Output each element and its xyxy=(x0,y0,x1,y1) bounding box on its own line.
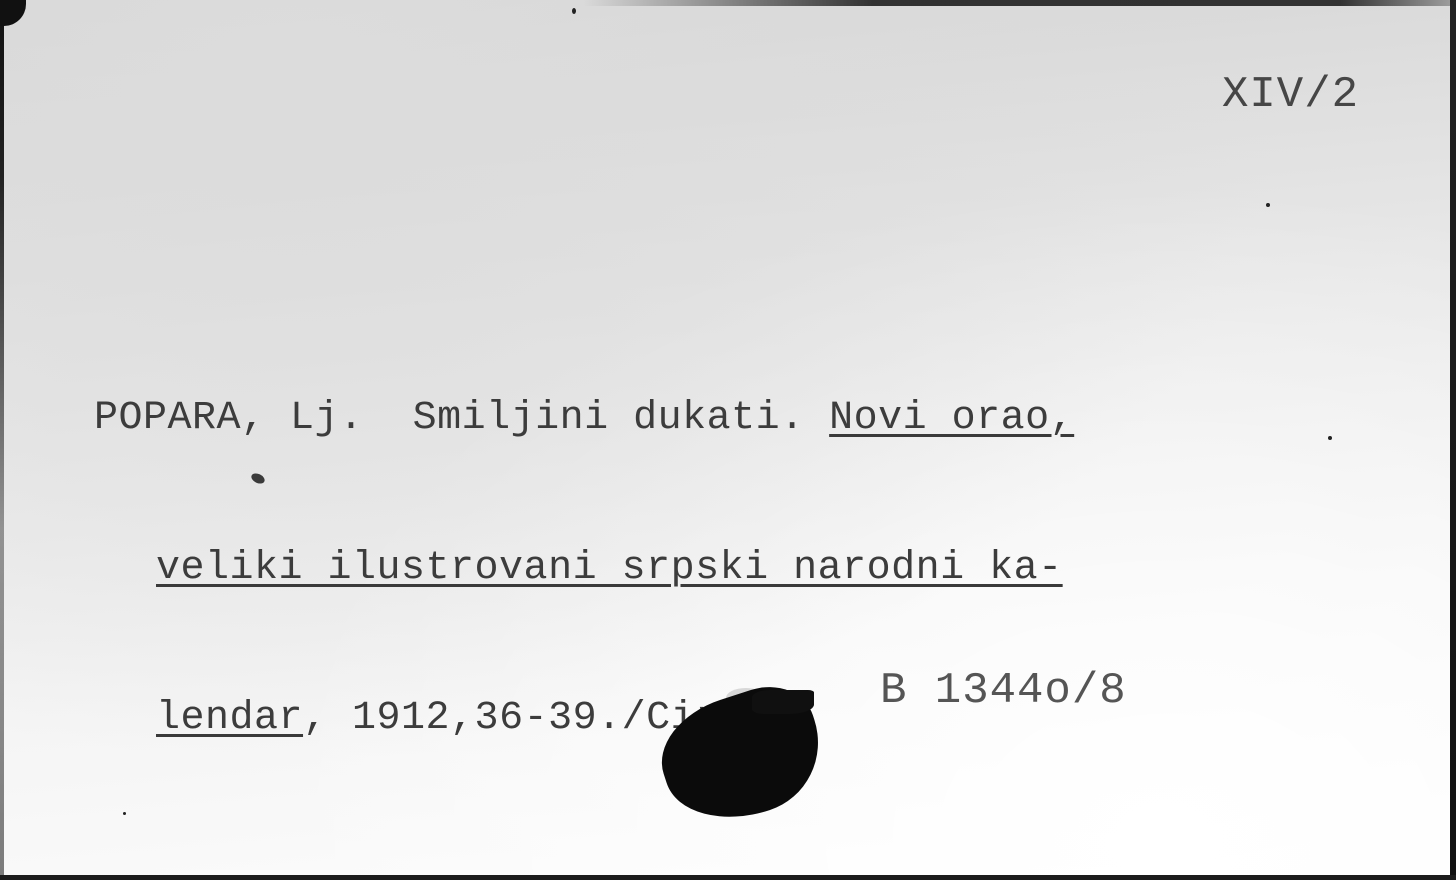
entry-line-1: POPARA, Lj. Smiljini dukati. Novi orao, xyxy=(94,394,1074,444)
speck xyxy=(1328,436,1332,440)
call-number: XIV/2 xyxy=(1222,70,1359,120)
source-title-line3: lendar xyxy=(156,696,303,741)
speck xyxy=(123,812,126,815)
entry-line-2: veliki ilustrovani srpski narodni ka- xyxy=(94,544,1074,594)
card-right-edge xyxy=(1450,0,1456,880)
card-corner xyxy=(0,0,26,26)
accession-number: B 1344o/8 xyxy=(880,666,1127,716)
speck xyxy=(572,8,576,14)
card-bottom-edge xyxy=(0,875,1456,880)
source-title-line2: veliki ilustrovani srpski narodni ka- xyxy=(156,546,1063,591)
speck xyxy=(1266,203,1270,207)
bibliographic-entry: POPARA, Lj. Smiljini dukati. Novi orao, … xyxy=(94,294,1074,844)
card-top-edge xyxy=(0,0,1456,6)
catalog-card: XIV/2 POPARA, Lj. Smiljini dukati. Novi … xyxy=(0,0,1456,880)
card-left-edge xyxy=(0,0,4,880)
author: POPARA, Lj. xyxy=(94,396,364,441)
work-title: Smiljini dukati. xyxy=(413,396,805,441)
source-details: , 1912,36-39. xyxy=(303,696,622,741)
ink-blot-top xyxy=(752,690,814,714)
source-title-part1: Novi orao, xyxy=(829,396,1074,441)
